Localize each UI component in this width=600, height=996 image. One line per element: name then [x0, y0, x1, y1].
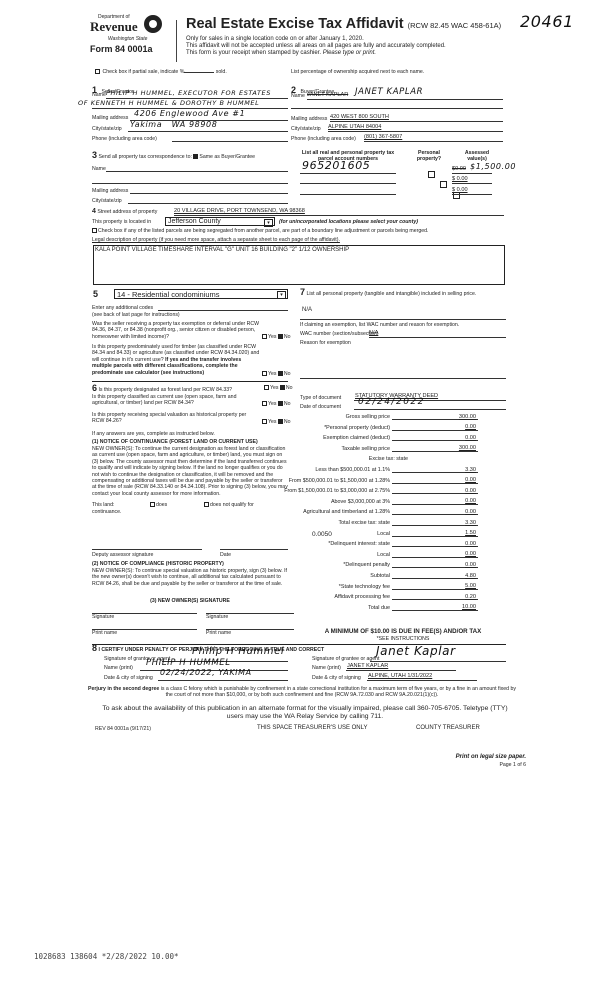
dor-swirl-icon	[144, 15, 162, 33]
tax-row-label: *State technology fee	[339, 584, 390, 590]
minimum-due-note: A MINIMUM OF $10.00 IS DUE IN FEE(S) AND…	[300, 628, 506, 635]
reason-label: Reason for exemption	[300, 340, 351, 346]
personal-property-checkbox[interactable]	[440, 181, 447, 188]
tax-row-value[interactable]: 0.00	[465, 424, 476, 430]
forest-yes-checkbox[interactable]	[264, 385, 269, 390]
tax-row-value[interactable]: 3.30	[465, 467, 476, 473]
corr-mailing-field[interactable]	[130, 186, 288, 194]
section7-line	[300, 318, 506, 320]
assessed-value-field[interactable]: $0.00 $1,500.00	[452, 165, 492, 174]
assessed-value-field[interactable]: $ 0.00	[452, 175, 492, 184]
tax-row-label: Excise tax: state	[369, 456, 408, 462]
tax-row: Agricultural and timberland at 1.28%0.00	[300, 508, 478, 516]
tax-row-label: Total due	[368, 605, 390, 611]
buyer-city-label: City/state/zip	[291, 126, 321, 132]
local-rate: 0.0050	[312, 531, 332, 538]
tax-row-value[interactable]: 4.80	[465, 573, 476, 579]
personal-col-header: Personal property?	[414, 150, 444, 163]
perjury-notice: Perjury in the second degree is a class …	[88, 686, 516, 699]
buyer-name-field-2[interactable]	[291, 102, 503, 109]
tax-row-label: Local	[377, 531, 390, 537]
form-title: Real Estate Excise Tax Affidavit (RCW 82…	[186, 16, 501, 32]
personal-property-checkbox[interactable]	[428, 171, 435, 178]
parcel-number-field[interactable]	[300, 175, 396, 184]
logo-state-text: Washington State	[108, 36, 147, 42]
chevron-down-icon: ▾	[264, 219, 273, 227]
tax-row: Affidavit processing fee0.20	[300, 593, 478, 601]
tax-row: Less than $500,000.01 at 1.1%3.30	[300, 466, 478, 474]
tax-row-label: Gross selling price	[346, 414, 390, 420]
tax-row: From $1,500,000.01 to $3,000,000 at 2.75…	[300, 487, 478, 495]
personal-property-value[interactable]: N/A	[302, 307, 312, 314]
corr-city-field[interactable]	[128, 196, 288, 204]
section5-q1-answer: Yes No	[262, 334, 291, 340]
tax-row-label: Exemption claimed (deduct)	[323, 435, 390, 441]
see-instructions: *SEE INSTRUCTIONS	[300, 636, 506, 642]
tax-row-value[interactable]: 5.00	[465, 583, 476, 589]
wac-field[interactable]: N/A	[369, 329, 506, 338]
grantee-name-field[interactable]: JANET KAPLAR	[346, 662, 456, 671]
tax-row: Total due10.00	[300, 604, 478, 612]
q1-yes-checkbox[interactable]	[262, 334, 267, 339]
section7-label: 7 List all personal property (tangible a…	[300, 289, 506, 297]
seller-phone-field[interactable]	[172, 134, 288, 142]
segregated-checkbox[interactable]	[92, 228, 97, 233]
signature-label-2: Signature	[206, 614, 228, 620]
tax-row: *Personal property (deduct)0.00	[300, 424, 478, 432]
this-land-label: This land:	[92, 502, 115, 508]
tax-row: Gross selling price300.00	[300, 413, 478, 421]
grantor-date-label: Date & city of signing	[104, 675, 153, 681]
cashier-receipt-line: 1028683 138604 *2/28/2022 10.00*	[34, 952, 179, 961]
continuance-label: continuance.	[92, 509, 121, 515]
grantor-name-label: Name (print)	[104, 665, 133, 671]
chevron-down-icon: ▾	[277, 291, 286, 299]
q2-no-checkbox[interactable]	[278, 371, 283, 376]
corr-name-field[interactable]	[106, 164, 288, 172]
new-owner-sig-title: (3) NEW OWNER(S) SIGNATURE	[92, 598, 288, 604]
section5-number: 5	[93, 289, 98, 299]
grantor-date-field[interactable]: 02/24/2022, YAKIMA	[158, 671, 288, 681]
does-option: does	[150, 502, 167, 508]
parcel-number-field[interactable]: 965201605	[300, 163, 396, 174]
deputy-sig-label: Deputy assessor signature	[92, 552, 153, 558]
deputy-date-line[interactable]	[220, 548, 288, 550]
tax-row: Local0.00501.50	[300, 530, 478, 538]
tax-row-value[interactable]: 0.00	[465, 541, 476, 547]
tax-row-value[interactable]: 0.00	[465, 498, 476, 504]
corr-name-field-2[interactable]	[92, 176, 288, 184]
assessed-value-field[interactable]: $ 0.00	[452, 186, 492, 195]
tax-row-value[interactable]: 1.50	[465, 530, 476, 536]
county-treasurer-label: COUNTY TREASURER	[416, 725, 480, 732]
section5-q2-answer: Yes No	[262, 371, 291, 377]
accessibility-notice: To ask about the availability of this pu…	[100, 705, 510, 720]
seller-name-field[interactable]: PHILIP H HUMMEL, EXECUTOR FOR ESTATES	[106, 90, 288, 99]
tax-row: Exemption claimed (deduct)0.00	[300, 434, 478, 442]
buyer-phone-label: Phone (including area code)	[291, 136, 356, 142]
section5-q1: Was the seller receiving a property tax …	[92, 321, 262, 340]
divider	[92, 381, 288, 382]
section6-q3: Is this property receiving special valua…	[92, 412, 252, 425]
header-notes: Only for sales in a single location code…	[186, 36, 506, 58]
tax-row-label: Subtotal	[370, 573, 390, 579]
does-not-option: does not qualify for	[204, 502, 254, 508]
page-number: Page 1 of 6	[420, 762, 526, 768]
dor-logo: Department of Revenue Washington State F…	[90, 14, 170, 64]
doc-date-field[interactable]: 02/24/2022	[354, 401, 506, 410]
buyer-name-field[interactable]: JANET KAPLAR JANET KAPLAR	[307, 90, 503, 100]
section6-q2: Is this property classified as current u…	[92, 394, 252, 407]
grantee-signature-field[interactable]: Janet Kaplar	[370, 650, 506, 662]
tax-row-label: Affidavit processing fee	[334, 594, 390, 600]
located-in-label: This property is located in	[92, 219, 151, 225]
corr-name-label: Name	[92, 166, 106, 172]
tax-row-value[interactable]: 3.30	[465, 520, 476, 526]
legal-description-field[interactable]: KALA POINT VILLAGE TIMESHARE INTERVAL "G…	[93, 245, 505, 285]
historic-no-checkbox[interactable]	[278, 419, 283, 424]
tax-row-label: Agricultural and timberland at 1.28%	[303, 509, 390, 515]
corr-mailing-label: Mailing address	[92, 188, 128, 194]
tax-row-value[interactable]: 0.00	[465, 435, 476, 441]
tax-row-label: Total excise tax: state	[338, 520, 390, 526]
notice2-body: NEW OWNER(S): To continue special valuat…	[92, 568, 288, 587]
tax-row-label: Local	[377, 552, 390, 558]
tax-row: From $500,000.01 to $1,500,000 at 1.28%0…	[300, 477, 478, 485]
section6-q3-answer: Yes No	[262, 419, 291, 425]
county-select[interactable]: Jefferson County ▾	[165, 217, 275, 226]
section6-q2-answer: Yes No	[262, 401, 291, 407]
tax-row: Excise tax: state	[300, 455, 478, 463]
additional-codes-field[interactable]	[158, 303, 288, 311]
grantee-date-field[interactable]: ALPINE, UTAH 1/31/2022	[367, 672, 477, 681]
treasurer-use-label: THIS SPACE TREASURER'S USE ONLY	[257, 725, 368, 732]
form-number: Form 84 0001a	[90, 44, 153, 54]
property-street-row: 4 Street address of property	[92, 209, 157, 215]
partial-sale-checkbox[interactable]	[95, 69, 100, 74]
revision-label: REV 84 0001a (9/17/21)	[95, 726, 151, 732]
reason-field[interactable]	[300, 377, 506, 379]
header-divider	[176, 20, 177, 62]
doc-type-label: Type of document	[300, 395, 341, 401]
tax-row: Total excise tax: state3.30	[300, 519, 478, 527]
additional-codes-note: (see back of last page for instructions)	[92, 312, 180, 318]
seller-name-field-2[interactable]: OF KENNETH H HUMMEL & DOROTHY B HUMMEL	[92, 100, 288, 109]
corr-city-label: City/state/zip	[92, 198, 122, 204]
buyer-phone-field[interactable]: (801) 367-5807	[364, 133, 503, 142]
tax-row-label: Less than $500,000.01 at 1.1%	[315, 467, 390, 473]
doc-date-label: Date of document	[300, 404, 341, 410]
same-as-buyer-checkbox[interactable]	[193, 154, 198, 159]
use-code-select[interactable]: 14 - Residential condominiums ▾	[114, 289, 288, 299]
historic-yes-checkbox[interactable]	[262, 419, 267, 424]
exemption-label: If claiming an exemption, list WAC numbe…	[300, 322, 459, 328]
tax-row: *Delinquent interest: state0.00	[300, 540, 478, 548]
tax-row: Taxable selling price300.00	[300, 445, 478, 453]
tax-row-label: Taxable selling price	[341, 446, 390, 452]
notice1-body: NEW OWNER(S): To continue the current de…	[92, 446, 288, 497]
tax-row-label: From $1,500,000.01 to $3,000,000 at 2.75…	[284, 488, 390, 494]
legal-paper-note: Print on legal size paper.	[420, 754, 526, 761]
current-use-yes-checkbox[interactable]	[262, 401, 267, 406]
buyer-mailing-field[interactable]: 420 WEST 800 SOUTH	[330, 113, 503, 122]
seller-name-label: Name	[92, 92, 106, 98]
wac-label: WAC number (section/subsection)	[300, 331, 379, 337]
does-not-checkbox[interactable]	[204, 502, 209, 507]
stamp-number: 20461	[520, 12, 574, 31]
buyer-mailing-label: Mailing address	[291, 116, 327, 122]
correspondence-row: 3 Send all property tax correspondence t…	[92, 152, 255, 160]
assessed-col-header: Assessed value(s)	[460, 150, 494, 163]
tax-row: Subtotal4.80	[300, 572, 478, 580]
tax-row: Above $3,000,000 at 3%0.00	[300, 498, 478, 506]
tax-row-label: *Delinquent penalty	[343, 562, 390, 568]
county-note: (for unincorporated locations please sel…	[279, 219, 418, 225]
tax-row-value[interactable]: 0.20	[465, 594, 476, 600]
tax-row-value[interactable]: 0.00	[465, 477, 476, 483]
seller-city-label: City/state/zip	[92, 126, 122, 132]
signature-label: Signature	[92, 614, 114, 620]
additional-codes-label: Enter any additional codes	[92, 305, 153, 311]
tax-row: *Delinquent penalty0.00	[300, 561, 478, 569]
grantee-name-label: Name (print)	[312, 665, 341, 671]
buyer-name-label: Name	[291, 93, 305, 99]
tax-row-label: *Personal property (deduct)	[324, 425, 390, 431]
tax-row-value[interactable]: 0.00	[465, 562, 476, 568]
logo-revenue-text: Revenue	[90, 19, 138, 35]
tax-row-label: Above $3,000,000 at 3%	[331, 499, 390, 505]
tax-row-value[interactable]: 0.00	[465, 551, 476, 557]
grantee-date-label: Date & city of signing	[312, 675, 361, 681]
buyer-city-field[interactable]: ALPINE UTAH 84004	[328, 123, 503, 132]
legal-desc-label: Legal description of property (if you ne…	[92, 237, 340, 243]
tax-row: *State technology fee5.00	[300, 583, 478, 591]
section5-q2: Is this property predominately used for …	[92, 344, 262, 376]
current-use-no-checkbox[interactable]	[278, 401, 283, 406]
section6-q1-answer: Yes No	[264, 385, 293, 391]
seller-mailing-label: Mailing address	[92, 115, 128, 121]
if-yes-note: If any answers are yes, complete as inst…	[92, 431, 215, 437]
deputy-date-label: Date	[220, 552, 231, 558]
rcw-reference: (RCW 82.45 WAC 458-61A)	[408, 21, 502, 30]
does-checkbox[interactable]	[150, 502, 155, 507]
notice2-title: (2) NOTICE OF COMPLIANCE (HISTORIC PROPE…	[92, 561, 224, 567]
ownership-note: List percentage of ownership acquired ne…	[291, 69, 424, 75]
seller-phone-label: Phone (including area code)	[92, 136, 157, 142]
tax-row-value[interactable]: 0.00	[465, 509, 476, 515]
print-name-label: Print name	[92, 630, 117, 636]
tax-row-value[interactable]: 0.00	[465, 488, 476, 494]
seller-city-field[interactable]: Yakima WA 98908	[128, 122, 288, 132]
tax-row: Local0.00	[300, 551, 478, 559]
property-street-field[interactable]: 20 VILLAGE DRIVE, PORT TOWNSEND, WA 9836…	[174, 207, 504, 216]
print-name-label-2: Print name	[206, 630, 231, 636]
tax-row-label: From $500,000.01 to $1,500,000 at 1.28%	[289, 478, 390, 484]
q2-yes-checkbox[interactable]	[262, 371, 267, 376]
partial-sale-row: Check box if partial sale, indicate % so…	[95, 69, 227, 75]
parcel-number-field[interactable]	[300, 186, 396, 195]
tax-row-label: *Delinquent interest: state	[328, 541, 390, 547]
forest-no-checkbox[interactable]	[280, 385, 285, 390]
tax-row-value[interactable]: 300.00	[459, 445, 476, 451]
tax-row-value[interactable]: 10.00	[462, 604, 476, 610]
section6-q1: 6 Is this property designated as forest …	[92, 385, 262, 393]
deputy-signature-line[interactable]	[92, 548, 202, 550]
q1-no-checkbox[interactable]	[278, 334, 283, 339]
segregated-row: Check box if any of the listed parcels a…	[92, 228, 428, 234]
notice1-title: (1) NOTICE OF CONTINUANCE (FOREST LAND O…	[92, 439, 258, 445]
tax-row-value[interactable]: 300.00	[459, 414, 476, 420]
